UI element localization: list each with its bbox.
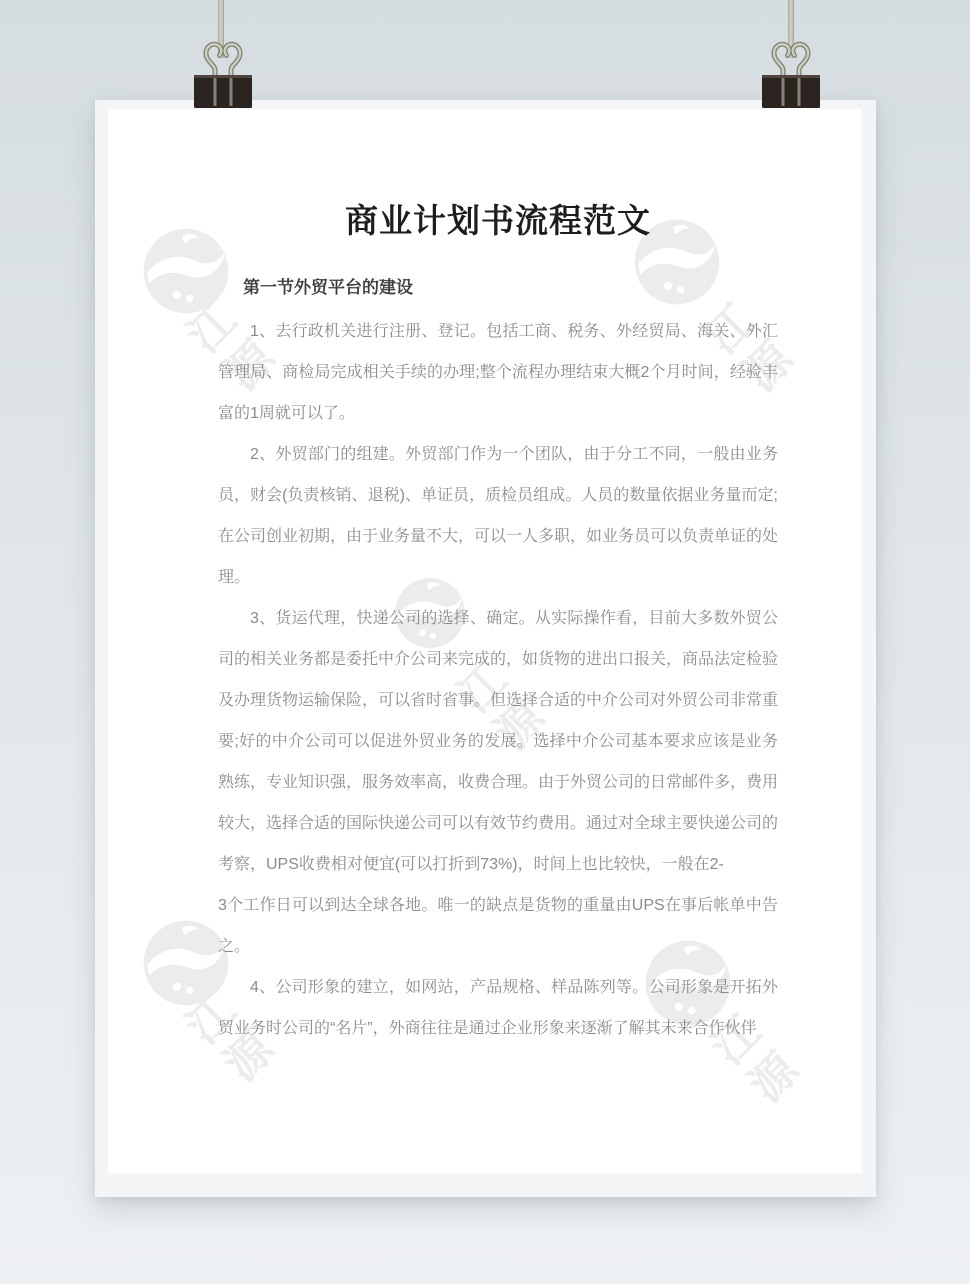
paragraph-2: 2、外贸部门的组建。外贸部门作为一个团队，由于分工不同，一般由业务员，财会(负责… <box>218 434 778 598</box>
section-heading: 第一节外贸平台的建设 <box>218 275 778 301</box>
paragraph-1: 1、去行政机关进行注册、登记。包括工商、税务、外经贸局、海关、外汇管理局、商检局… <box>218 311 778 434</box>
paragraph-3: 3、货运代理，快递公司的选择、确定。从实际操作看，目前大多数外贸公司的相关业务都… <box>218 598 778 885</box>
document-content: 商业计划书流程范文 第一节外贸平台的建设 1、去行政机关进行注册、登记。包括工商… <box>218 109 778 1049</box>
paper-page: 江源 江源 江源 江源 江源 商业计划书流程范文 第一节外贸平台的建设 1、去行… <box>95 100 876 1197</box>
binder-clip-left-icon <box>193 37 253 109</box>
paper-sheet: 江源 江源 江源 江源 江源 商业计划书流程范文 第一节外贸平台的建设 1、去行… <box>108 109 862 1173</box>
backdrop: 江源 江源 江源 江源 江源 商业计划书流程范文 第一节外贸平台的建设 1、去行… <box>0 0 970 1284</box>
paragraph-4: 3个工作日可以到达全球各地。唯一的缺点是货物的重量由UPS在事后帐单中告之。 <box>218 885 778 967</box>
paragraph-5: 4、公司形象的建立，如网站，产品规格、样品陈列等。公司形象是开拓外贸业务时公司的… <box>218 967 778 1049</box>
document-title: 商业计划书流程范文 <box>218 197 778 245</box>
binder-clip-right-icon <box>761 37 821 109</box>
